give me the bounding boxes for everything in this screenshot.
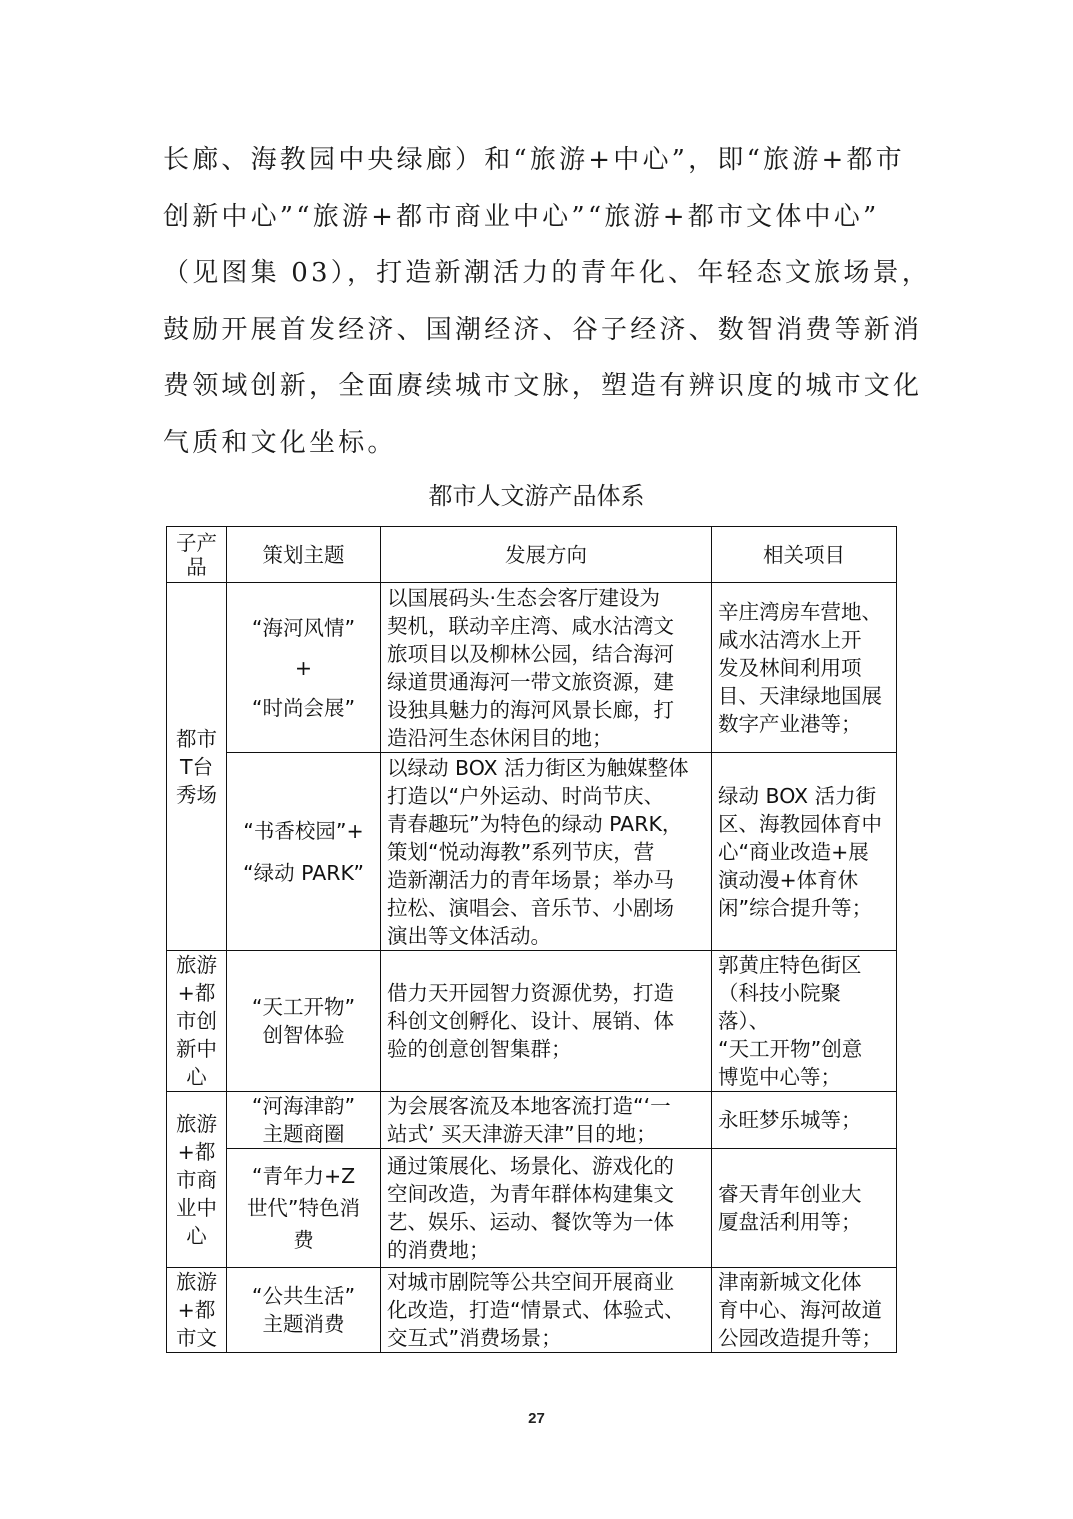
cell-text: “绿动 PARK” <box>233 852 374 894</box>
header-direction: 发展方向 <box>381 527 712 583</box>
cell-text: （科技小院聚落）、 <box>718 979 890 1035</box>
cell-text: 策划“悦动海教”系列节庆，营 <box>387 838 705 866</box>
direction-cell: 以国展码头·生态会客厅建设为 契机，联动辛庄湾、咸水沽湾文 旅项目以及柳林公园，… <box>381 583 712 753</box>
paragraph-line: 长廊、海教园中央绿廊）和“旅游+中心”，即“旅游+都市 <box>163 132 913 189</box>
cell-text: “天工开物” <box>233 993 374 1021</box>
cell-text: 化改造，打造“情景式、体验式、 <box>387 1296 705 1324</box>
table-row: “青年力+Z 世代”特色消 费 通过策展化、场景化、游戏化的 空间改造，为青年群… <box>167 1149 897 1268</box>
sub-product-cell: 都市 T台 秀场 <box>167 583 227 951</box>
cell-text: 打造以“户外运动、时尚节庆、 <box>387 782 705 810</box>
cell-text: 绿动 BOX 活力街 <box>718 782 890 810</box>
sub-product-cell: 旅游 +都 市商 业中 心 <box>167 1092 227 1268</box>
cell-text: 市文 <box>171 1324 222 1352</box>
projects-cell: 睿天青年创业大 厦盘活利用等； <box>712 1149 897 1268</box>
cell-text: 借力天开园智力资源优势，打造 <box>387 979 705 1007</box>
paragraph-line: （见图集 03），打造新潮活力的青年化、年轻态文旅场景， <box>163 245 913 302</box>
cell-text: 市商 <box>171 1166 222 1194</box>
cell-text: “青年力+Z <box>233 1160 374 1192</box>
cell-text: 发及林间利用项 <box>718 654 890 682</box>
cell-text: 津南新城文化体 <box>718 1268 890 1296</box>
cell-text: 拉松、演唱会、音乐节、小剧场 <box>387 894 705 922</box>
cell-text: 辛庄湾房车营地、 <box>718 598 890 626</box>
cell-text: 旅项目以及柳林公园，结合海河 <box>387 640 705 668</box>
projects-cell: 永旺梦乐城等； <box>712 1092 897 1149</box>
paragraph-line: 鼓励开展首发经济、国潮经济、谷子经济、数智消费等新消 <box>163 302 913 359</box>
theme-cell: “天工开物” 创智体验 <box>227 951 381 1092</box>
product-system-table: 子产 品 策划主题 发展方向 相关项目 都市 T台 秀场 “海河风情” + <box>166 526 897 1353</box>
cell-text: “海河风情” <box>233 608 374 648</box>
cell-text: “公共生活” <box>233 1282 374 1310</box>
cell-text: 为会展客流及本地客流打造“‘一 <box>387 1092 705 1120</box>
cell-text: 以国展码头·生态会客厅建设为 <box>387 584 705 612</box>
cell-text: 对城市剧院等公共空间开展商业 <box>387 1268 705 1296</box>
cell-text: 心 <box>171 1063 222 1091</box>
cell-text: 造沿河生态休闲目的地； <box>387 724 705 752</box>
cell-text: 秀场 <box>171 781 222 809</box>
header-sub-product: 子产 品 <box>167 527 227 583</box>
theme-cell: “公共生活” 主题消费 <box>227 1268 381 1353</box>
cell-text: 业中 <box>171 1194 222 1222</box>
header-text: 品 <box>171 555 222 579</box>
cell-text: 空间改造，为青年群体构建集文 <box>387 1180 705 1208</box>
cell-text: + <box>233 648 374 688</box>
table-row: 旅游 +都 市创 新中 心 “天工开物” 创智体验 借力天开园智力资源优势，打造… <box>167 951 897 1092</box>
cell-text: 都市 <box>171 725 222 753</box>
cell-text: 咸水沽湾水上开 <box>718 626 890 654</box>
paragraph-line: 气质和文化坐标。 <box>163 415 913 472</box>
cell-text: 育中心、海河故道 <box>718 1296 890 1324</box>
cell-text: 绿道贯通海河一带文旅资源，建 <box>387 668 705 696</box>
cell-text: 博览中心等； <box>718 1063 890 1091</box>
sub-product-cell: 旅游 +都 市创 新中 心 <box>167 951 227 1092</box>
cell-text: 以绿动 BOX 活力街区为触媒整体 <box>387 754 705 782</box>
cell-text: 验的创意创智集群； <box>387 1035 705 1063</box>
direction-cell: 为会展客流及本地客流打造“‘一 站式’ 买天津游天津”目的地； <box>381 1092 712 1149</box>
cell-text: 心 <box>171 1222 222 1250</box>
cell-text: 数字产业港等； <box>718 710 890 738</box>
cell-text: “书香校园”+ <box>233 810 374 852</box>
cell-text: 旅游 <box>171 951 222 979</box>
cell-text: 费 <box>233 1224 374 1256</box>
cell-text: 创智体验 <box>233 1021 374 1049</box>
cell-text: 睿天青年创业大 <box>718 1180 890 1208</box>
cell-text: 郭黄庄特色街区 <box>718 951 890 979</box>
cell-text: 演动漫+体育休 <box>718 866 890 894</box>
paragraph-line: 费领域创新，全面赓续城市文脉，塑造有辨识度的城市文化 <box>163 358 913 415</box>
page-number: 27 <box>0 1410 1073 1427</box>
cell-text: 心“商业改造+展 <box>718 838 890 866</box>
cell-text: T台 <box>171 753 222 781</box>
cell-text: 闲”综合提升等； <box>718 894 890 922</box>
projects-cell: 辛庄湾房车营地、 咸水沽湾水上开 发及林间利用项 目、天津绿地国展 数字产业港等… <box>712 583 897 753</box>
projects-cell: 绿动 BOX 活力街 区、海教园体育中 心“商业改造+展 演动漫+体育休 闲”综… <box>712 753 897 951</box>
direction-cell: 借力天开园智力资源优势，打造 科创文创孵化、设计、展销、体 验的创意创智集群； <box>381 951 712 1092</box>
direction-cell: 对城市剧院等公共空间开展商业 化改造，打造“情景式、体验式、 交互式”消费场景； <box>381 1268 712 1353</box>
theme-cell: “书香校园”+ “绿动 PARK” <box>227 753 381 951</box>
cell-text: 旅游 <box>171 1110 222 1138</box>
cell-text: 站式’ 买天津游天津”目的地； <box>387 1120 705 1148</box>
cell-text: 演出等文体活动。 <box>387 922 705 950</box>
cell-text: 主题消费 <box>233 1310 374 1338</box>
cell-text: 艺、娱乐、运动、餐饮等为一体 <box>387 1208 705 1236</box>
cell-text: 市创 <box>171 1007 222 1035</box>
cell-text: 的消费地； <box>387 1236 705 1264</box>
cell-text: +都 <box>171 1138 222 1166</box>
cell-text: 目、天津绿地国展 <box>718 682 890 710</box>
header-theme: 策划主题 <box>227 527 381 583</box>
table-row: 都市 T台 秀场 “海河风情” + “时尚会展” 以国展码头·生态会客厅建设为 … <box>167 583 897 753</box>
cell-text: +都 <box>171 979 222 1007</box>
header-projects: 相关项目 <box>712 527 897 583</box>
cell-text: 设独具魅力的海河风景长廊，打 <box>387 696 705 724</box>
cell-text: 世代”特色消 <box>233 1192 374 1224</box>
cell-text: 新中 <box>171 1035 222 1063</box>
direction-cell: 以绿动 BOX 活力街区为触媒整体 打造以“户外运动、时尚节庆、 青春趣玩”为特… <box>381 753 712 951</box>
cell-text: 主题商圈 <box>233 1120 374 1148</box>
cell-text: 永旺梦乐城等； <box>718 1106 890 1134</box>
cell-text: 科创文创孵化、设计、展销、体 <box>387 1007 705 1035</box>
table-caption: 都市人文游产品体系 <box>0 476 1073 511</box>
cell-text: 区、海教园体育中 <box>718 810 890 838</box>
cell-text: 厦盘活利用等； <box>718 1208 890 1236</box>
cell-text: 造新潮活力的青年场景；举办马 <box>387 866 705 894</box>
theme-cell: “河海津韵” 主题商圈 <box>227 1092 381 1149</box>
cell-text: +都 <box>171 1296 222 1324</box>
cell-text: 旅游 <box>171 1268 222 1296</box>
theme-cell: “海河风情” + “时尚会展” <box>227 583 381 753</box>
header-text: 子产 <box>171 531 222 555</box>
cell-text: “天工开物”创意 <box>718 1035 890 1063</box>
cell-text: “时尚会展” <box>233 688 374 728</box>
projects-cell: 津南新城文化体 育中心、海河故道 公园改造提升等； <box>712 1268 897 1353</box>
projects-cell: 郭黄庄特色街区 （科技小院聚落）、 “天工开物”创意 博览中心等； <box>712 951 897 1092</box>
cell-text: 青春趣玩”为特色的绿动 PARK， <box>387 810 705 838</box>
theme-cell: “青年力+Z 世代”特色消 费 <box>227 1149 381 1268</box>
cell-text: “河海津韵” <box>233 1092 374 1120</box>
cell-text: 交互式”消费场景； <box>387 1324 705 1352</box>
body-paragraph: 长廊、海教园中央绿廊）和“旅游+中心”，即“旅游+都市 创新中心”“旅游+都市商… <box>163 132 913 471</box>
paragraph-line: 创新中心”“旅游+都市商业中心”“旅游+都市文体中心” <box>163 189 913 246</box>
cell-text: 公园改造提升等； <box>718 1324 890 1352</box>
table-row: 旅游 +都 市文 “公共生活” 主题消费 对城市剧院等公共空间开展商业 化改造，… <box>167 1268 897 1353</box>
table-row: 旅游 +都 市商 业中 心 “河海津韵” 主题商圈 为会展客流及本地客流打造“‘… <box>167 1092 897 1149</box>
table-row: “书香校园”+ “绿动 PARK” 以绿动 BOX 活力街区为触媒整体 打造以“… <box>167 753 897 951</box>
direction-cell: 通过策展化、场景化、游戏化的 空间改造，为青年群体构建集文 艺、娱乐、运动、餐饮… <box>381 1149 712 1268</box>
sub-product-cell: 旅游 +都 市文 <box>167 1268 227 1353</box>
table-header-row: 子产 品 策划主题 发展方向 相关项目 <box>167 527 897 583</box>
cell-text: 通过策展化、场景化、游戏化的 <box>387 1152 705 1180</box>
cell-text: 契机，联动辛庄湾、咸水沽湾文 <box>387 612 705 640</box>
